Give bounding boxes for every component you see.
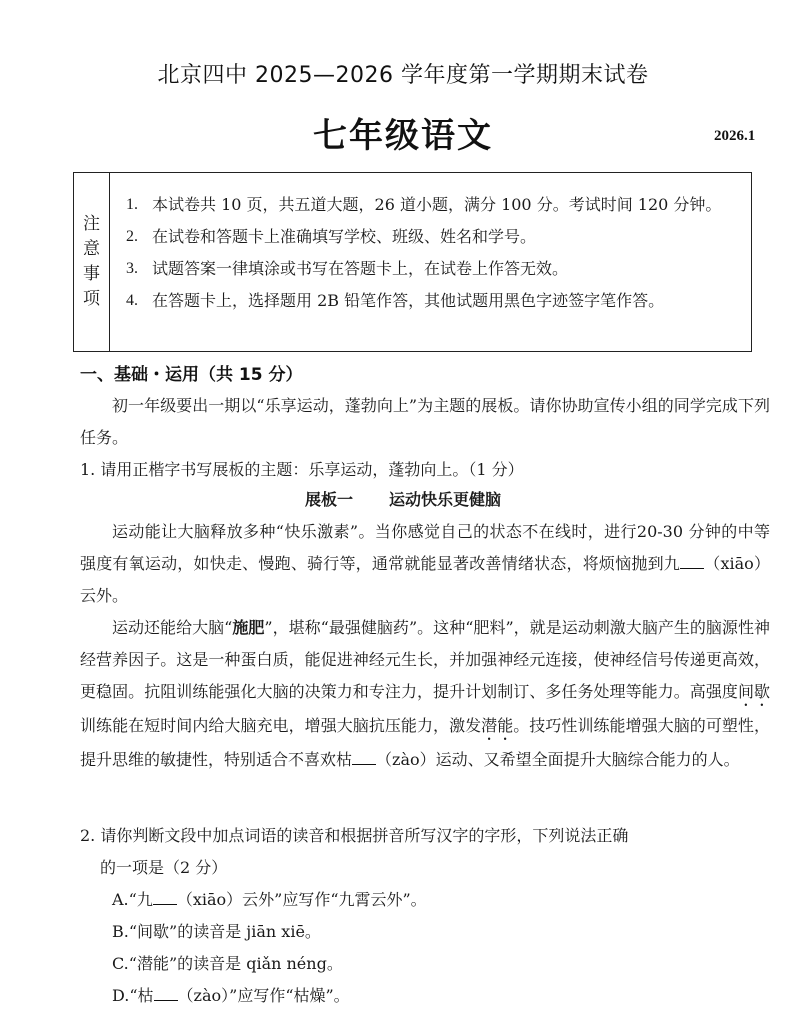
- board-heading: 展板一运动快乐更健脑: [0, 487, 806, 510]
- question-1: 1. 请用正楷字书写展板的主题：乐享运动，蓬勃向上。（1 分）: [80, 454, 770, 486]
- notice-item-number: 2.: [126, 221, 152, 253]
- notice-item-number: 3.: [126, 253, 152, 285]
- notice-label-char: 事: [83, 262, 100, 287]
- option-label: B.: [112, 922, 129, 941]
- option-text: “枯: [129, 986, 153, 1005]
- notice-item: 3. 试题答案一律填涂或书写在答题卡上，在试卷上作答无效。: [126, 253, 743, 285]
- notice-label-char: 注: [83, 212, 100, 237]
- option-c: C.“潜能”的读音是 qiǎn néng。: [112, 948, 343, 980]
- passage-paragraph-2: 运动还能给大脑“施肥”，堪称“最强健脑药”。这种“肥料”，就是运动刺激大脑产生的…: [80, 612, 770, 776]
- section-heading: 一、基础・运用（共 15 分）: [80, 360, 303, 385]
- notice-label-char: 意: [83, 237, 100, 262]
- notice-box: 注 意 事 项 1. 本试卷共 10 页，共五道大题，26 道小题，满分 100…: [73, 172, 752, 352]
- exam-subject: 七年级语文: [0, 108, 806, 157]
- option-label: A.: [112, 890, 129, 909]
- notice-item: 1. 本试卷共 10 页，共五道大题，26 道小题，满分 100 分。考试时间 …: [126, 189, 743, 221]
- section-intro: 初一年级要出一期以“乐享运动，蓬勃向上”为主题的展板。请你协助宣传小组的同学完成…: [80, 390, 770, 454]
- passage-text: 训练能在短时间内给大脑充电，增强大脑抗压能力，激发: [80, 716, 481, 735]
- notice-label: 注 意 事 项: [74, 173, 110, 351]
- option-text: （xiāo）云外”应写作“九霄云外”。: [177, 890, 427, 909]
- option-b: B.“间歇”的读音是 jiān xiē。: [112, 916, 321, 948]
- fill-blank: [680, 554, 704, 569]
- passage-text: 运动还能给大脑“: [112, 618, 232, 637]
- passage-text: 运动能让大脑释放多种“快乐激素”。当你感觉自己的状态不在线时，进行20-30 分…: [80, 522, 770, 573]
- option-text: “间歇”的读音是 jiān xiē。: [129, 922, 321, 941]
- notice-list: 1. 本试卷共 10 页，共五道大题，26 道小题，满分 100 分。考试时间 …: [110, 173, 751, 351]
- notice-item-text: 在试卷和答题卡上准确填写学校、班级、姓名和学号。: [152, 221, 743, 253]
- option-text: “潜能”的读音是 qiǎn néng。: [129, 954, 343, 973]
- notice-item: 2. 在试卷和答题卡上准确填写学校、班级、姓名和学号。: [126, 221, 743, 253]
- notice-item-number: 4.: [126, 285, 152, 317]
- board-label: 展板一: [305, 490, 353, 509]
- option-d: D.“枯（zào）”应写作“枯燥”。: [112, 980, 350, 1011]
- fill-blank: [352, 750, 376, 765]
- option-a: A.“九（xiāo）云外”应写作“九霄云外”。: [112, 884, 427, 916]
- option-label: D.: [112, 986, 129, 1005]
- fill-blank: [154, 986, 178, 1001]
- exam-date: 2026.1: [714, 128, 755, 145]
- option-text: （zào）”应写作“枯燥”。: [178, 986, 350, 1005]
- dotted-term: 潜能: [481, 716, 513, 735]
- passage-text: （zào）运动、又希望全面提升大脑综合能力的人。: [376, 750, 740, 769]
- option-text: “九: [129, 890, 153, 909]
- option-label: C.: [112, 954, 129, 973]
- passage-paragraph-1: 运动能让大脑释放多种“快乐激素”。当你感觉自己的状态不在线时，进行20-30 分…: [80, 516, 770, 612]
- question-2-line1: 2. 请你判断文段中加点词语的读音和根据拼音所写汉字的字形，下列说法正确: [80, 820, 770, 852]
- dotted-term: 间歇: [738, 682, 770, 701]
- notice-item-text: 在答题卡上，选择题用 2B 铅笔作答，其他试题用黑色字迹签字笔作答。: [152, 285, 743, 317]
- fill-blank: [153, 890, 177, 905]
- bold-term: 施肥: [232, 618, 264, 637]
- notice-item-text: 本试卷共 10 页，共五道大题，26 道小题，满分 100 分。考试时间 120…: [152, 189, 743, 221]
- notice-item: 4. 在答题卡上，选择题用 2B 铅笔作答，其他试题用黑色字迹签字笔作答。: [126, 285, 743, 317]
- notice-label-char: 项: [83, 287, 100, 312]
- board-title: 运动快乐更健脑: [389, 490, 501, 509]
- notice-item-number: 1.: [126, 189, 152, 221]
- exam-page: 北京四中 2025—2026 学年度第一学期期末试卷 七年级语文 2026.1 …: [0, 0, 806, 1011]
- notice-item-text: 试题答案一律填涂或书写在答题卡上，在试卷上作答无效。: [152, 253, 743, 285]
- exam-title: 北京四中 2025—2026 学年度第一学期期末试卷: [0, 58, 806, 89]
- question-2-line2: 的一项是（2 分）: [100, 852, 790, 884]
